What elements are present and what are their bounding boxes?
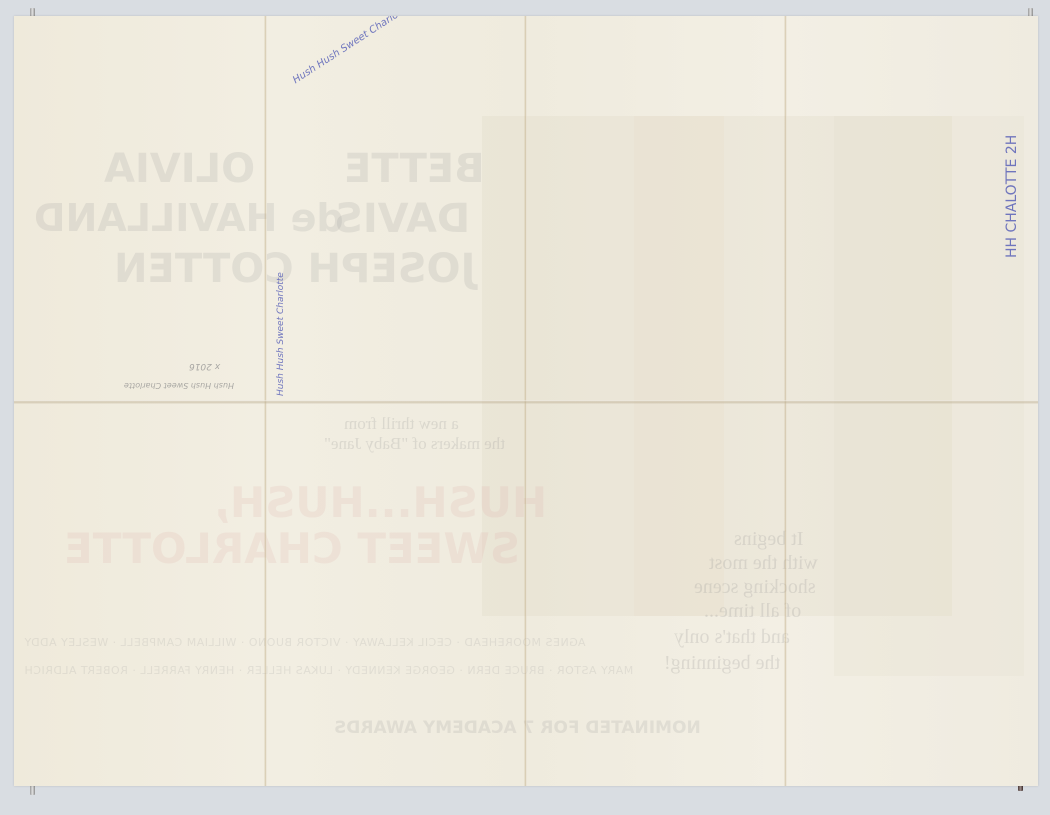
- handwriting-top-diagonal: Hush Hush Sweet Charlotte: [291, 16, 412, 86]
- poster-back: BETTE OLIVIA DAVIS de HAVILLAND JOSEPH C…: [14, 16, 1038, 786]
- image-bleed-block: [834, 116, 1024, 676]
- bleed-tagline-5: and that's only: [674, 626, 790, 649]
- handwriting-left-mirrored-2: Hush Hush Sweet Charlotte: [124, 381, 234, 390]
- bleed-credits-2: MARY ASTOR · BRUCE DERN · GEORGE KENNEDY…: [24, 664, 633, 677]
- handwriting-left-mirrored-1: x 2016: [189, 361, 220, 371]
- bleed-intro-1: a new thrill from: [344, 414, 459, 434]
- bleed-star-1-right: OLIVIA: [104, 146, 255, 192]
- bleed-star-2-right: de HAVILLAND: [34, 196, 344, 240]
- bleed-star-3: JOSEPH COTTEN: [114, 246, 475, 292]
- bleed-star-2-left: DAVIS: [334, 196, 470, 242]
- bleed-intro-2: the makers of "Baby Jane": [324, 434, 505, 454]
- handwriting-right-vertical: HH CHALOTTE 2H: [1004, 135, 1020, 258]
- bleed-awards: NOMINATED FOR 7 ACADEMY AWARDS: [334, 718, 701, 738]
- bleed-title-2: SWEET CHARLOTTE: [64, 524, 520, 573]
- image-bleed-block: [634, 116, 724, 616]
- bleed-tagline-6: the beginning!: [664, 652, 780, 675]
- bleed-tagline-2: with the most: [709, 552, 818, 575]
- bleed-tagline-1: It begins: [734, 528, 803, 551]
- bleed-credits-1: AGNES MOOREHEAD · CECIL KELLAWAY · VICTO…: [24, 636, 586, 649]
- bleed-tagline-3: shocking scene: [694, 576, 816, 599]
- fold-line-horizontal: [14, 400, 1038, 404]
- handwriting-vertical-fold: Hush Hush Sweet Charlotte: [276, 272, 286, 396]
- bleed-star-1-left: BETTE: [344, 146, 485, 192]
